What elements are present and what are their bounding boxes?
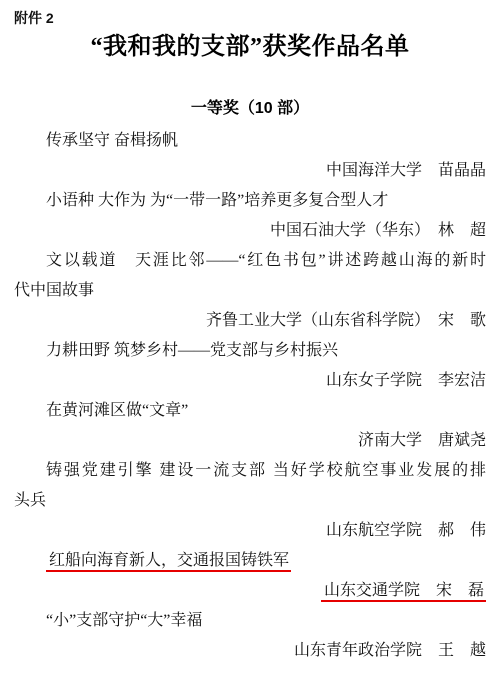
entry-title-line: 红船向海育新人，交通报国铸铁军 [14,546,486,576]
entry-title-text: “小”支部守护“大”幸福 [46,612,202,629]
entry-affiliation-line: 山东青年政治学院 王 越 [14,636,486,666]
entry-title-text: 文以载道 天涯比邻——“红色书包”讲述跨越山海的新时 [46,252,486,269]
entry-affiliation-text: 齐鲁工业大学（山东省科学院） 宋 歌 [206,312,486,329]
attachment-label: 附件 2 [14,8,486,28]
entry-title-line: 头兵 [14,486,486,516]
entry: “小”支部守护“大”幸福山东青年政治学院 王 越 [14,606,486,666]
entry-affiliation-line: 中国海洋大学 苗晶晶 [14,156,486,186]
entry-affiliation-line: 山东航空学院 郝 伟 [14,516,486,546]
page-title: “我和我的支部”获奖作品名单 [14,30,486,64]
entry-title-line: 传承坚守 奋楫扬帆 [14,126,486,156]
entry-affiliation-text: 中国石油大学（华东） 林 超 [270,222,486,239]
entry: 在黄河滩区做“文章”济南大学 唐斌尧 [14,396,486,456]
entry-title-text: 力耕田野 筑梦乡村——党支部与乡村振兴 [46,342,338,359]
entry-affiliation-line: 中国石油大学（华东） 林 超 [14,216,486,246]
entry-title-line: “小”支部守护“大”幸福 [14,606,486,636]
entry-title-text: 传承坚守 奋楫扬帆 [46,132,178,149]
award-entries-list: 传承坚守 奋楫扬帆中国海洋大学 苗晶晶小语种 大作为 为“一带一路”培养更多复合… [14,126,486,666]
entry-title-text: 红船向海育新人，交通报国铸铁军 [46,552,291,572]
entry-title-text: 铸强党建引擎 建设一流支部 当好学校航空事业发展的排 [46,462,486,479]
entry-affiliation-text: 济南大学 唐斌尧 [358,432,486,449]
entry-title-text: 头兵 [14,492,46,509]
entry-affiliation-text: 山东航空学院 郝 伟 [326,522,486,539]
entry-title-line: 力耕田野 筑梦乡村——党支部与乡村振兴 [14,336,486,366]
entry-title-text: 在黄河滩区做“文章” [46,402,188,419]
entry-affiliation-text: 山东青年政治学院 王 越 [294,642,486,659]
entry: 力耕田野 筑梦乡村——党支部与乡村振兴山东女子学院 李宏洁 [14,336,486,396]
entry: 文以载道 天涯比邻——“红色书包”讲述跨越山海的新时代中国故事齐鲁工业大学（山东… [14,246,486,336]
entry-affiliation-line: 山东交通学院 宋 磊 [14,576,486,606]
entry-affiliation-line: 山东女子学院 李宏洁 [14,366,486,396]
entry-affiliation-text: 中国海洋大学 苗晶晶 [326,162,486,179]
entry-title-text: 小语种 大作为 为“一带一路”培养更多复合型人才 [46,192,388,209]
entry: 传承坚守 奋楫扬帆中国海洋大学 苗晶晶 [14,126,486,186]
entry: 红船向海育新人，交通报国铸铁军山东交通学院 宋 磊 [14,546,486,606]
entry-affiliation-line: 齐鲁工业大学（山东省科学院） 宋 歌 [14,306,486,336]
entry: 小语种 大作为 为“一带一路”培养更多复合型人才中国石油大学（华东） 林 超 [14,186,486,246]
entry-title-line: 在黄河滩区做“文章” [14,396,486,426]
entry-title-line: 小语种 大作为 为“一带一路”培养更多复合型人才 [14,186,486,216]
entry-affiliation-line: 济南大学 唐斌尧 [14,426,486,456]
entry-affiliation-text: 山东女子学院 李宏洁 [326,372,486,389]
section-heading-first-prize: 一等奖（10 部） [14,98,486,120]
entry-title-line: 文以载道 天涯比邻——“红色书包”讲述跨越山海的新时 [14,246,486,276]
entry-title-line: 铸强党建引擎 建设一流支部 当好学校航空事业发展的排 [14,456,486,486]
entry-title-line: 代中国故事 [14,276,486,306]
entry-affiliation-text: 山东交通学院 宋 磊 [321,582,486,602]
document-page: 附件 2 “我和我的支部”获奖作品名单 一等奖（10 部） 传承坚守 奋楫扬帆中… [0,0,498,673]
entry: 铸强党建引擎 建设一流支部 当好学校航空事业发展的排头兵山东航空学院 郝 伟 [14,456,486,546]
entry-title-text: 代中国故事 [14,282,94,299]
